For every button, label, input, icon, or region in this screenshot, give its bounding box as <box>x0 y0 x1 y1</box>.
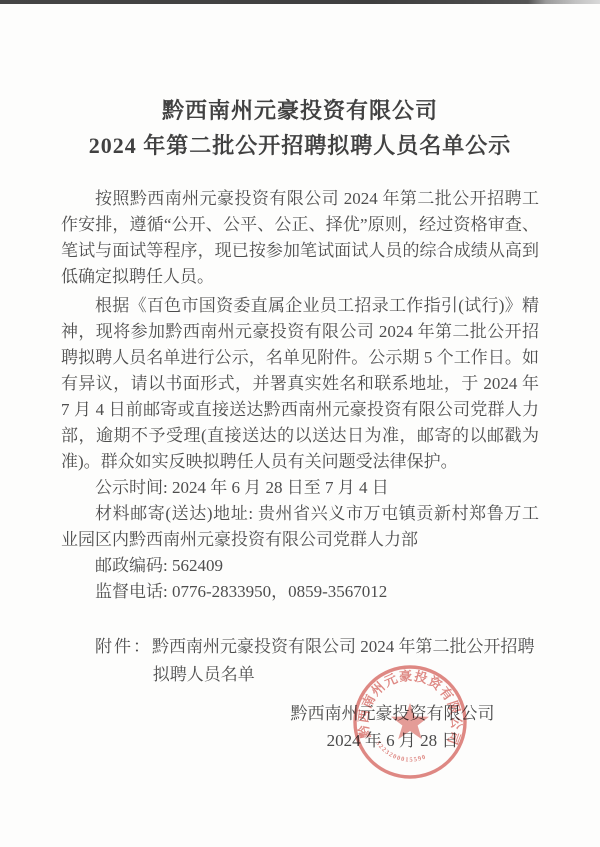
info-line-mailing-address: 材料邮寄(送达)地址: 贵州省兴义市万屯镇贡新村郑鲁万工业园区内黔西南州元豪投资… <box>61 501 539 553</box>
body-paragraph-1: 按照黔西南州元豪投资有限公司 2024 年第二批公开招聘工作安排，遵循“公开、公… <box>61 186 539 290</box>
seal-number-text: 5223200015590 <box>374 740 427 764</box>
doc-title-line-1: 黔西南州元豪投资有限公司 <box>0 93 600 128</box>
svg-text:5223200015590: 5223200015590 <box>374 740 427 764</box>
doc-title-line-2: 2024 年第二批公开招聘拟聘人员名单公示 <box>0 128 600 163</box>
star-icon <box>391 703 429 739</box>
attachment-title: 黔西南州元豪投资有限公司 2024 年第二批公开招聘拟聘人员名单 <box>152 637 535 684</box>
doc-title: 黔西南州元豪投资有限公司 2024 年第二批公开招聘拟聘人员名单公示 <box>0 93 600 163</box>
info-lines: 公示时间: 2024 年 6 月 28 日至 7 月 4 日 材料邮寄(送达)地… <box>61 475 539 605</box>
doc-body: 按照黔西南州元豪投资有限公司 2024 年第二批公开招聘工作安排，遵循“公开、公… <box>61 186 539 605</box>
info-line-postal-code: 邮政编码: 562409 <box>61 553 539 579</box>
attachment-label: 附件： <box>95 637 152 656</box>
body-paragraph-2: 根据《百色市国资委直属企业员工招录工作指引(试行)》精神，现将参加黔西南州元豪投… <box>61 293 539 475</box>
info-line-supervision-phone: 监督电话: 0776-2833950，0859-3567012 <box>61 579 539 605</box>
scanned-document-page: { "document": { "title_line1": "黔西南州元豪投资… <box>0 0 600 847</box>
info-line-publicity-period: 公示时间: 2024 年 6 月 28 日至 7 月 4 日 <box>61 475 539 501</box>
official-seal: 黔西南州元豪投资有限公司 5223200015590 <box>350 662 470 782</box>
scan-edge-artifact <box>0 0 600 4</box>
